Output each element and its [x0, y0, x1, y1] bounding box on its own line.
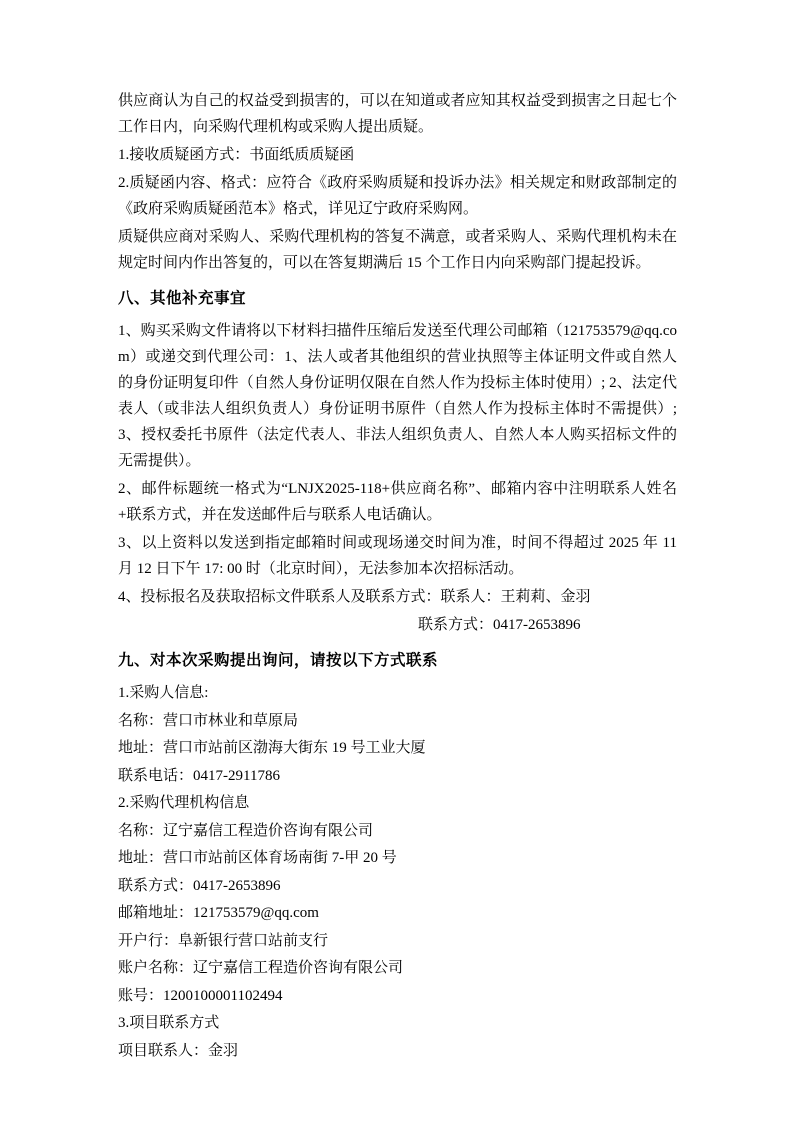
line-agency-name: 名称：辽宁嘉信工程造价咨询有限公司 [118, 818, 677, 846]
section-8-heading: 八、其他补充事宜 [118, 285, 677, 312]
line-purchaser-address: 地址：营口市站前区渤海大街东 19 号工业大厦 [118, 735, 677, 763]
line-agency-account-name: 账户名称：辽宁嘉信工程造价咨询有限公司 [118, 955, 677, 983]
line-agency-address: 地址：营口市站前区体育场南街 7-甲 20 号 [118, 845, 677, 873]
para-dispute-intro: 供应商认为自己的权益受到损害的，可以在知道或者应知其权益受到损害之日起七个工作日… [118, 88, 677, 140]
para-section8-item1: 1、购买采购文件请将以下材料扫描件压缩后发送至代理公司邮箱（121753579@… [118, 318, 677, 474]
para-section8-item4-contact: 联系方式：0417-2653896 [118, 612, 677, 638]
line-agency-phone: 联系方式：0417-2653896 [118, 873, 677, 901]
para-section8-item2: 2、邮件标题统一格式为“LNJX2025-118+供应商名称”、邮箱内容中注明联… [118, 476, 677, 528]
para-dispute-format: 2.质疑函内容、格式：应符合《政府采购质疑和投诉办法》相关规定和财政部制定的《政… [118, 170, 677, 222]
line-agency-info-label: 2.采购代理机构信息 [118, 790, 677, 818]
para-dispute-method: 1.接收质疑函方式：书面纸质质疑函 [118, 142, 677, 168]
section-9-heading: 九、对本次采购提出询问，请按以下方式联系 [118, 647, 677, 674]
line-project-contact-person: 项目联系人：金羽 [118, 1038, 677, 1066]
document-content: 供应商认为自己的权益受到损害的，可以在知道或者应知其权益受到损害之日起七个工作日… [118, 88, 677, 1065]
line-purchaser-phone: 联系电话：0417-2911786 [118, 763, 677, 791]
line-purchaser-info-label: 1.采购人信息: [118, 680, 677, 708]
line-agency-account-number: 账号：1200100001102494 [118, 983, 677, 1011]
line-project-contact-label: 3.项目联系方式 [118, 1010, 677, 1038]
line-agency-email: 邮箱地址：121753579@qq.com [118, 900, 677, 928]
document-page: 供应商认为自己的权益受到损害的，可以在知道或者应知其权益受到损害之日起七个工作日… [0, 0, 793, 1122]
para-dispute-followup: 质疑供应商对采购人、采购代理机构的答复不满意，或者采购人、采购代理机构未在规定时… [118, 224, 677, 276]
line-purchaser-name: 名称：营口市林业和草原局 [118, 708, 677, 736]
line-agency-bank: 开户行：阜新银行营口站前支行 [118, 928, 677, 956]
para-section8-item4: 4、投标报名及获取招标文件联系人及联系方式：联系人：王莉莉、金羽 [118, 584, 677, 610]
para-section8-item3: 3、以上资料以发送到指定邮箱时间或现场递交时间为准，时间不得超过 2025 年 … [118, 530, 677, 582]
